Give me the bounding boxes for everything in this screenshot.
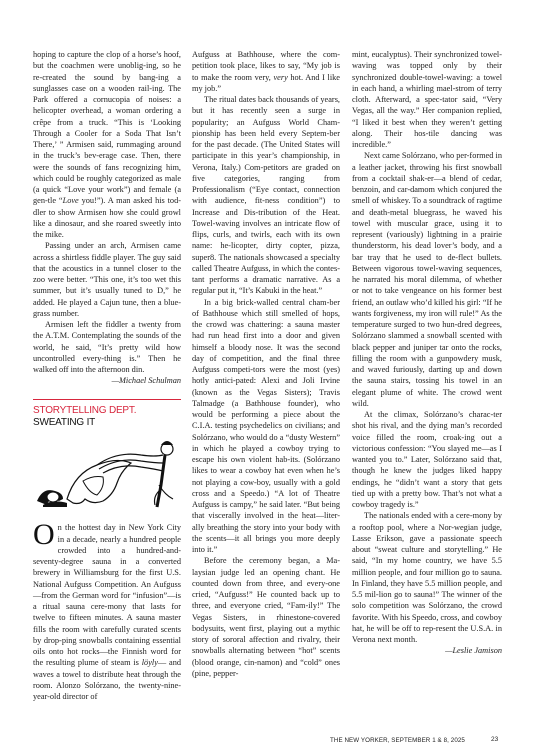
drop-cap: O	[33, 523, 55, 547]
emphasis-text: löyly	[142, 658, 158, 667]
paragraph: The ritual dates back thousands of years…	[192, 94, 340, 297]
section-title: SWEATING IT	[33, 417, 181, 429]
emphasis-text: very	[273, 73, 287, 82]
byline-michael-schulman: —Michael Schulman	[33, 375, 181, 386]
paragraph: mint, eucalyptus). Their synchronized to…	[352, 49, 502, 150]
column-2: Aufguss at Bathhouse, where the com-peti…	[192, 49, 340, 679]
paragraph: Armisen left the fiddler a twenty from t…	[33, 319, 181, 375]
paragraph: At the climax, Solórzano’s charac-ter sh…	[352, 409, 502, 510]
paragraph: Next came Solórzano, who per-formed in a…	[352, 150, 502, 409]
paragraph-text: n the hottest day in New York City in a …	[33, 523, 181, 667]
byline-leslie-jamison: —Leslie Jamison	[352, 645, 502, 656]
paragraph: Aufguss at Bathhouse, where the com-peti…	[192, 49, 340, 94]
paragraph: Before the ceremony began, a Ma-laysian …	[192, 555, 340, 679]
page-number: 23	[491, 736, 498, 743]
paragraph: On the hottest day in New York City in a…	[33, 522, 181, 702]
page-footer-publication: THE NEW YORKER, SEPTEMBER 1 & 8, 2025	[330, 737, 465, 744]
paragraph: Passing under an arch, Armisen came acro…	[33, 240, 181, 319]
column-3: mint, eucalyptus). Their synchronized to…	[352, 49, 502, 657]
sauna-towel-waving-illustration	[33, 435, 181, 513]
section-department-label: STORYTELLING DEPT.	[33, 405, 181, 417]
column-1: hoping to capture the clop of a horse’s …	[33, 49, 181, 702]
paragraph-text: hoping to capture the clop of a horse’s …	[33, 50, 181, 205]
paragraph: The nationals ended with a cere-mony by …	[352, 510, 502, 645]
paragraph: In a big brick-walled central cham-ber o…	[192, 297, 340, 556]
paragraph: hoping to capture the clop of a horse’s …	[33, 49, 181, 240]
emphasis-text: Love	[63, 196, 79, 205]
section-divider-rule	[33, 399, 181, 401]
